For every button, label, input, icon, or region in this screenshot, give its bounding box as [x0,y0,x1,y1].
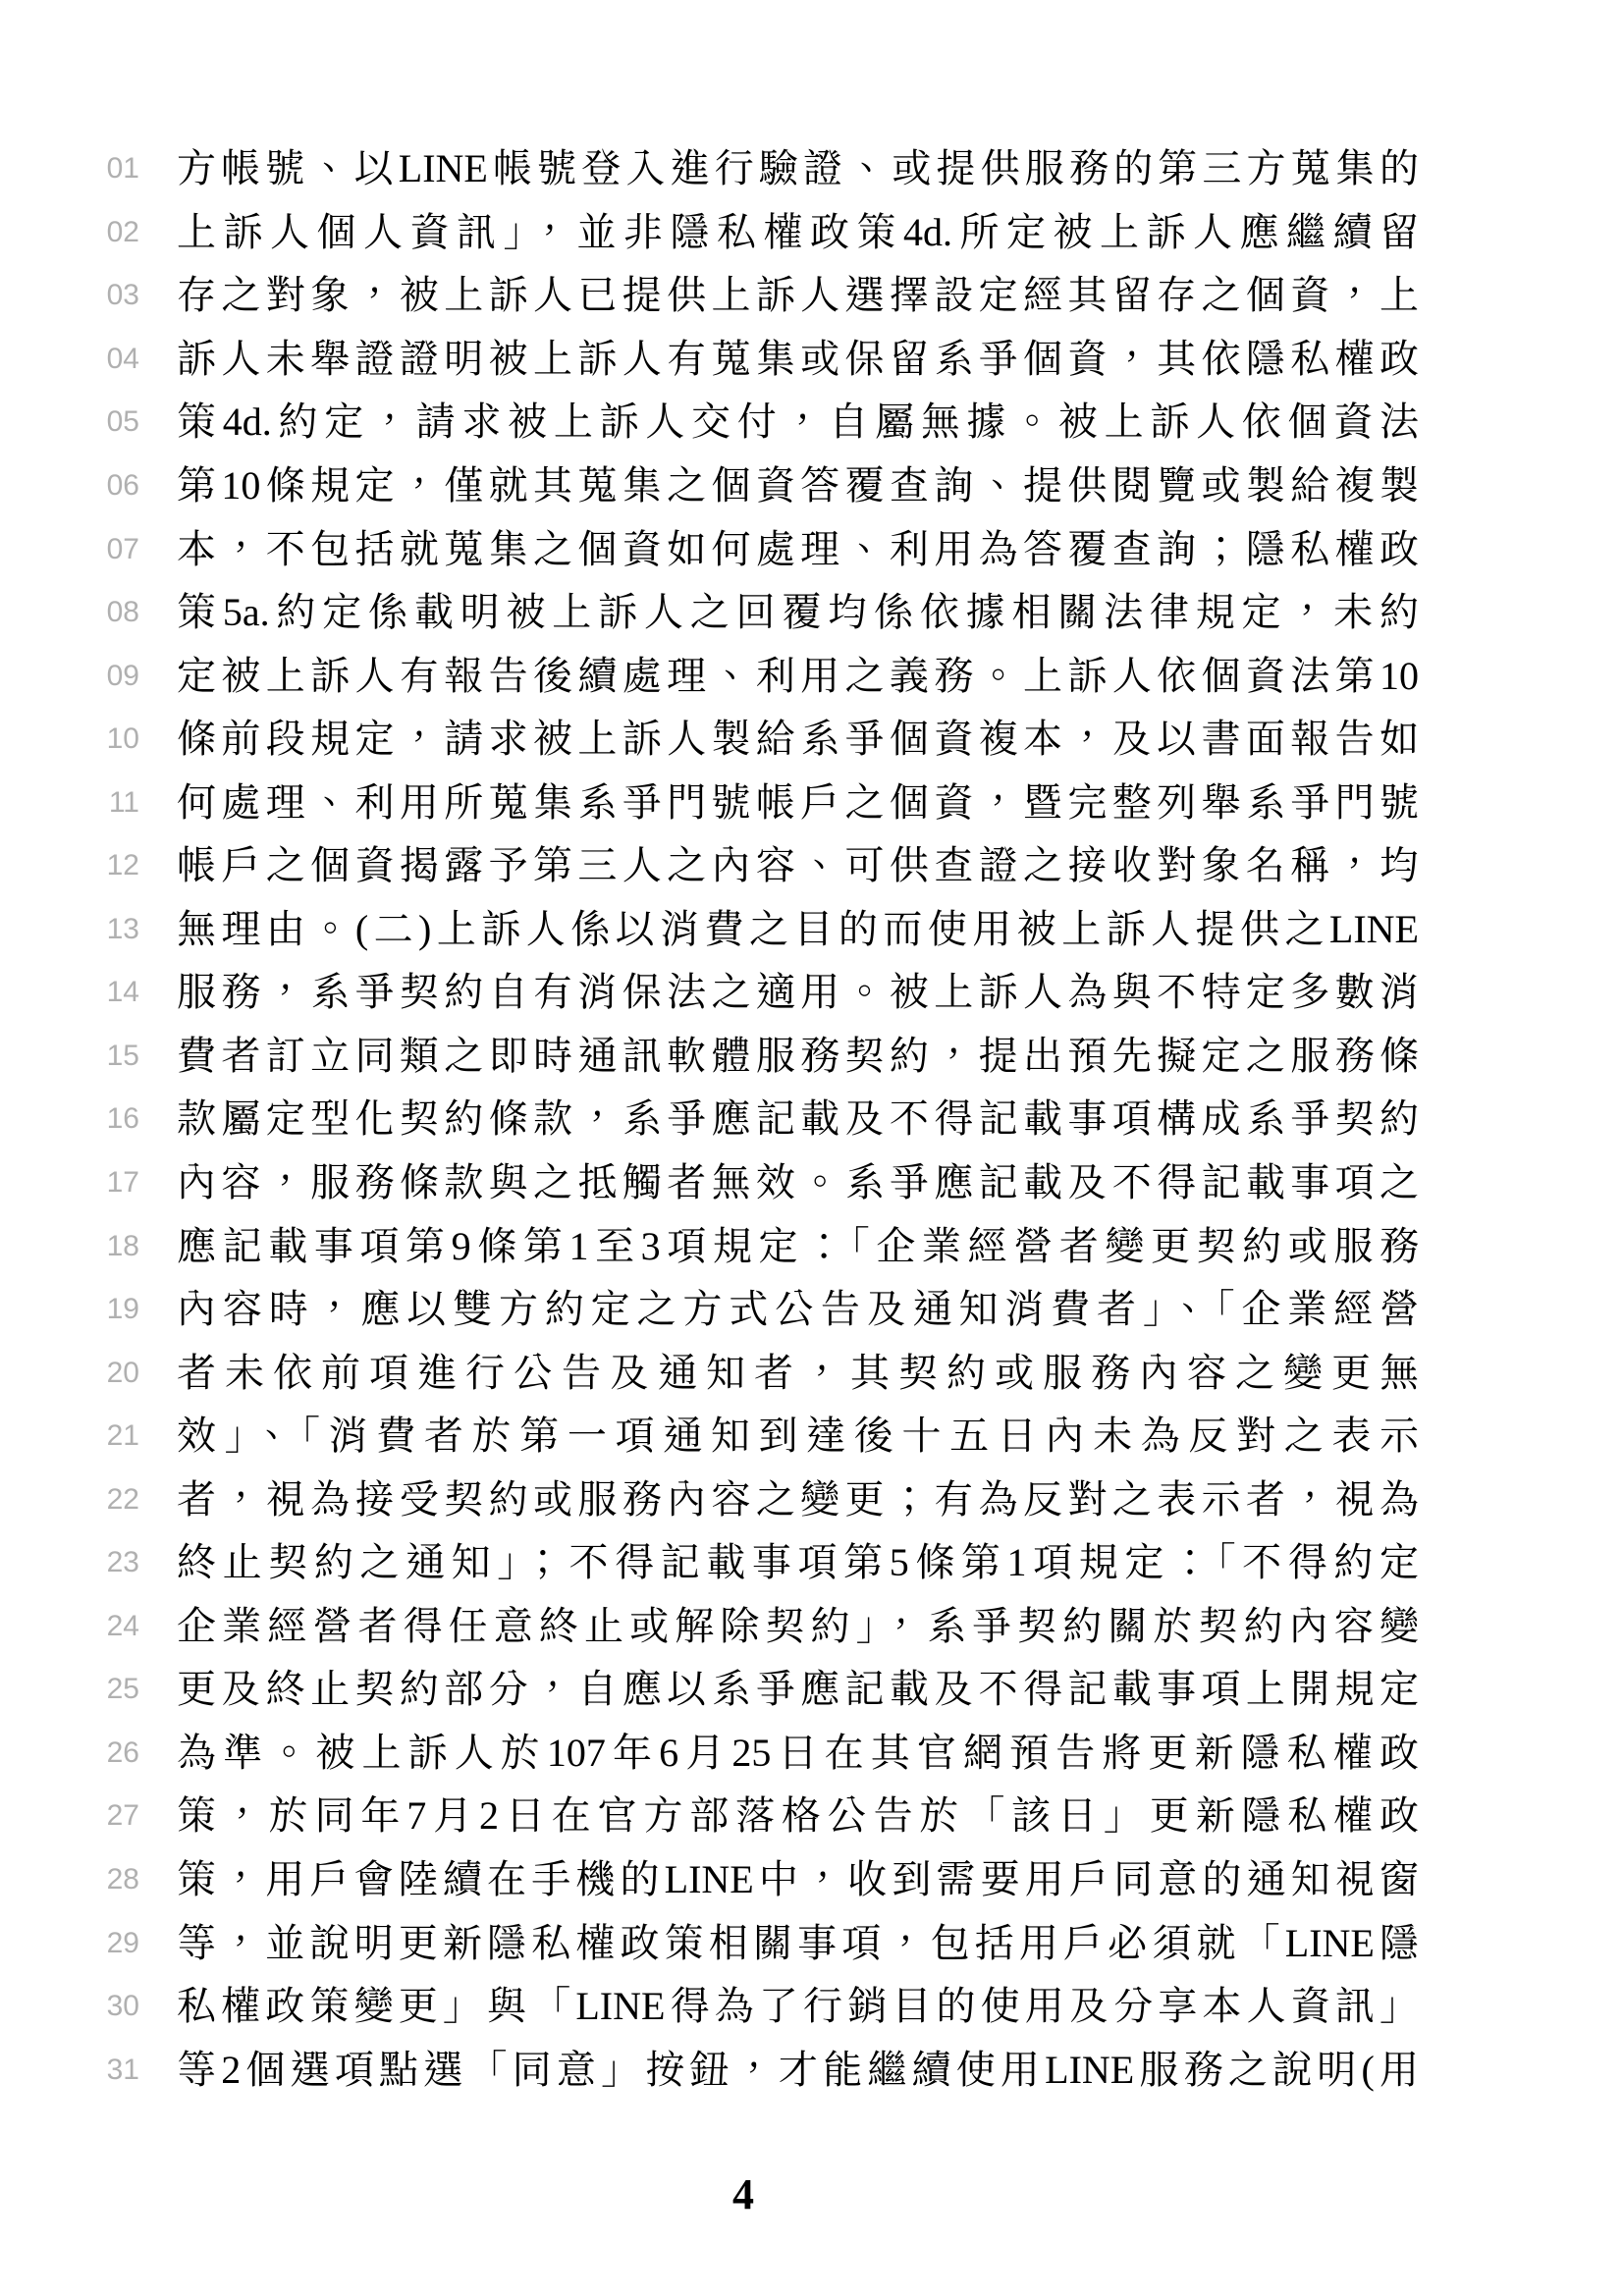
line-number: 13 [0,915,139,944]
text-line: 19內容時，應以雙方約定之方式公告及通知消費者」、「企業經營 [0,1278,1419,1342]
line-number: 16 [0,1104,139,1134]
line-number: 31 [0,2056,139,2085]
line-text: 第10條規定，僅就其蒐集之個資答覆查詢、提供閱覽或製給複製 [177,464,1419,507]
text-line: 20者未依前項進行公告及通知者，其契約或服務內容之變更無 [0,1341,1419,1405]
line-text: 費者訂立同類之即時通訊軟體服務契約，提出預先擬定之服務條 [177,1035,1419,1078]
line-number: 04 [0,345,139,374]
line-number: 20 [0,1359,139,1388]
line-number: 18 [0,1232,139,1261]
line-text: 內容，服務條款與之抵觸者無效。系爭應記載及不得記載事項之 [177,1161,1419,1204]
line-number: 14 [0,978,139,1007]
line-number: 10 [0,724,139,754]
line-text: 應記載事項第9條第1至3項規定：「企業經營者變更契約或服務 [177,1225,1419,1268]
judgment-text-block: 01方帳號、以LINE帳號登入進行驗證、或提供服務的第三方蒐集的02上訴人個人資… [0,137,1419,2102]
line-number: 22 [0,1485,139,1515]
line-text: 企業經營者得任意終止或解除契約」，系爭契約關於契約內容變 [177,1605,1419,1648]
line-number: 26 [0,1738,139,1768]
text-line: 27策，於同年7月2日在官方部落格公告於「該日」更新隱私權政 [0,1785,1419,1848]
text-line: 04訴人未舉證證明被上訴人有蒐集或保留系爭個資，其依隱私權政 [0,328,1419,392]
line-number: 29 [0,1929,139,1958]
line-number: 12 [0,851,139,881]
line-number: 07 [0,535,139,564]
line-number: 05 [0,407,139,437]
page-number: 4 [732,2173,754,2216]
line-text: 者未依前項進行公告及通知者，其契約或服務內容之變更無 [177,1352,1419,1395]
text-line: 21效」、「消費者於第一項通知到達後十五日內未為反對之表示 [0,1405,1419,1468]
line-text: 終止契約之通知」；不得記載事項第5條第1項規定：「不得約定 [177,1541,1419,1584]
line-number: 30 [0,1992,139,2021]
text-line: 29等，並說明更新隱私權政策相關事項，包括用戶必須就「LINE隱 [0,1911,1419,1975]
text-line: 02上訴人個人資訊」，並非隱私權政策4d.所定被上訴人應繼續留 [0,201,1419,265]
text-line: 11何處理、利用所蒐集系爭門號帳戶之個資，暨完整列舉系爭門號 [0,771,1419,834]
line-number: 21 [0,1421,139,1451]
text-line: 16款屬定型化契約條款，系爭應記載及不得記載事項構成系爭契約 [0,1088,1419,1151]
text-line: 05策4d.約定，請求被上訴人交付，自屬無據。被上訴人依個資法 [0,391,1419,454]
line-number: 17 [0,1168,139,1198]
text-line: 25更及終止契約部分，自應以系爭應記載及不得記載事項上開規定 [0,1658,1419,1722]
line-number: 06 [0,471,139,501]
line-text: 更及終止契約部分，自應以系爭應記載及不得記載事項上開規定 [177,1668,1419,1711]
text-line: 08策5a.約定係載明被上訴人之回覆均係依據相關法律規定，未約 [0,581,1419,645]
line-text: 策，於同年7月2日在官方部落格公告於「該日」更新隱私權政 [177,1794,1419,1838]
line-text: 等2個選項點選「同意」按鈕，才能繼續使用LINE服務之說明(用 [177,2049,1419,2092]
line-text: 定被上訴人有報告後續處理、利用之義務。上訴人依個資法第10 [177,655,1419,698]
line-text: 帳戶之個資揭露予第三人之內容、可供查證之接收對象名稱，均 [177,844,1419,887]
document-page: 01方帳號、以LINE帳號登入進行驗證、或提供服務的第三方蒐集的02上訴人個人資… [0,0,1623,2296]
text-line: 24企業經營者得任意終止或解除契約」，系爭契約關於契約內容變 [0,1595,1419,1659]
line-number: 08 [0,598,139,627]
text-line: 07本，不包括就蒐集之個資如何處理、利用為答覆查詢；隱私權政 [0,517,1419,581]
line-number: 11 [0,788,139,818]
line-text: 效」、「消費者於第一項通知到達後十五日內未為反對之表示 [177,1415,1419,1458]
line-number: 19 [0,1295,139,1324]
line-number: 28 [0,1865,139,1895]
line-text: 服務，系爭契約自有消保法之適用。被上訴人為與不特定多數消 [177,971,1419,1014]
line-text: 本，不包括就蒐集之個資如何處理、利用為答覆查詢；隱私權政 [177,528,1419,571]
text-line: 13無理由。(二)上訴人係以消費之目的而使用被上訴人提供之LINE [0,898,1419,962]
line-text: 策5a.約定係載明被上訴人之回覆均係依據相關法律規定，未約 [177,591,1419,634]
line-text: 上訴人個人資訊」，並非隱私權政策4d.所定被上訴人應繼續留 [177,211,1419,254]
line-text: 何處理、利用所蒐集系爭門號帳戶之個資，暨完整列舉系爭門號 [177,781,1419,825]
line-text: 訴人未舉證證明被上訴人有蒐集或保留系爭個資，其依隱私權政 [177,338,1419,381]
line-text: 策，用戶會陸續在手機的LINE中，收到需要用戶同意的通知視窗 [177,1858,1419,1901]
text-line: 18應記載事項第9條第1至3項規定：「企業經營者變更契約或服務 [0,1214,1419,1278]
text-line: 31等2個選項點選「同意」按鈕，才能繼續使用LINE服務之說明(用 [0,2038,1419,2102]
line-number: 25 [0,1675,139,1704]
text-line: 01方帳號、以LINE帳號登入進行驗證、或提供服務的第三方蒐集的 [0,137,1419,201]
text-line: 26為準。被上訴人於107年6月25日在其官網預告將更新隱私權政 [0,1722,1419,1786]
line-number: 01 [0,154,139,184]
line-text: 款屬定型化契約條款，系爭應記載及不得記載事項構成系爭契約 [177,1097,1419,1141]
line-number: 23 [0,1548,139,1577]
line-text: 為準。被上訴人於107年6月25日在其官網預告將更新隱私權政 [177,1732,1419,1775]
line-number: 24 [0,1612,139,1641]
line-text: 內容時，應以雙方約定之方式公告及通知消費者」、「企業經營 [177,1288,1419,1331]
line-number: 02 [0,218,139,247]
line-number: 09 [0,662,139,691]
line-text: 私權政策變更」與「LINE得為了行銷目的使用及分享本人資訊」 [177,1985,1419,2028]
line-text: 方帳號、以LINE帳號登入進行驗證、或提供服務的第三方蒐集的 [177,147,1419,190]
line-text: 條前段規定，請求被上訴人製給系爭個資複本，及以書面報告如 [177,718,1419,761]
text-line: 12帳戶之個資揭露予第三人之內容、可供查證之接收對象名稱，均 [0,834,1419,898]
line-number: 15 [0,1041,139,1071]
line-text: 策4d.約定，請求被上訴人交付，自屬無據。被上訴人依個資法 [177,400,1419,444]
text-line: 15費者訂立同類之即時通訊軟體服務契約，提出預先擬定之服務條 [0,1025,1419,1089]
line-number: 03 [0,281,139,310]
text-line: 17內容，服務條款與之抵觸者無效。系爭應記載及不得記載事項之 [0,1151,1419,1215]
line-number: 27 [0,1801,139,1831]
text-line: 06第10條規定，僅就其蒐集之個資答覆查詢、提供閱覽或製給複製 [0,454,1419,518]
line-text: 者，視為接受契約或服務內容之變更；有為反對之表示者，視為 [177,1478,1419,1522]
text-line: 22者，視為接受契約或服務內容之變更；有為反對之表示者，視為 [0,1468,1419,1531]
text-line: 28策，用戶會陸續在手機的LINE中，收到需要用戶同意的通知視窗 [0,1848,1419,1912]
line-text: 存之對象，被上訴人已提供上訴人選擇設定經其留存之個資，上 [177,274,1419,317]
text-line: 10條前段規定，請求被上訴人製給系爭個資複本，及以書面報告如 [0,708,1419,772]
text-line: 14服務，系爭契約自有消保法之適用。被上訴人為與不特定多數消 [0,961,1419,1025]
line-text: 無理由。(二)上訴人係以消費之目的而使用被上訴人提供之LINE [177,908,1419,951]
text-line: 30私權政策變更」與「LINE得為了行銷目的使用及分享本人資訊」 [0,1975,1419,2039]
text-line: 23終止契約之通知」；不得記載事項第5條第1項規定：「不得約定 [0,1531,1419,1595]
text-line: 09定被上訴人有報告後續處理、利用之義務。上訴人依個資法第10 [0,644,1419,708]
line-text: 等，並說明更新隱私權政策相關事項，包括用戶必須就「LINE隱 [177,1922,1419,1965]
text-line: 03存之對象，被上訴人已提供上訴人選擇設定經其留存之個資，上 [0,264,1419,328]
